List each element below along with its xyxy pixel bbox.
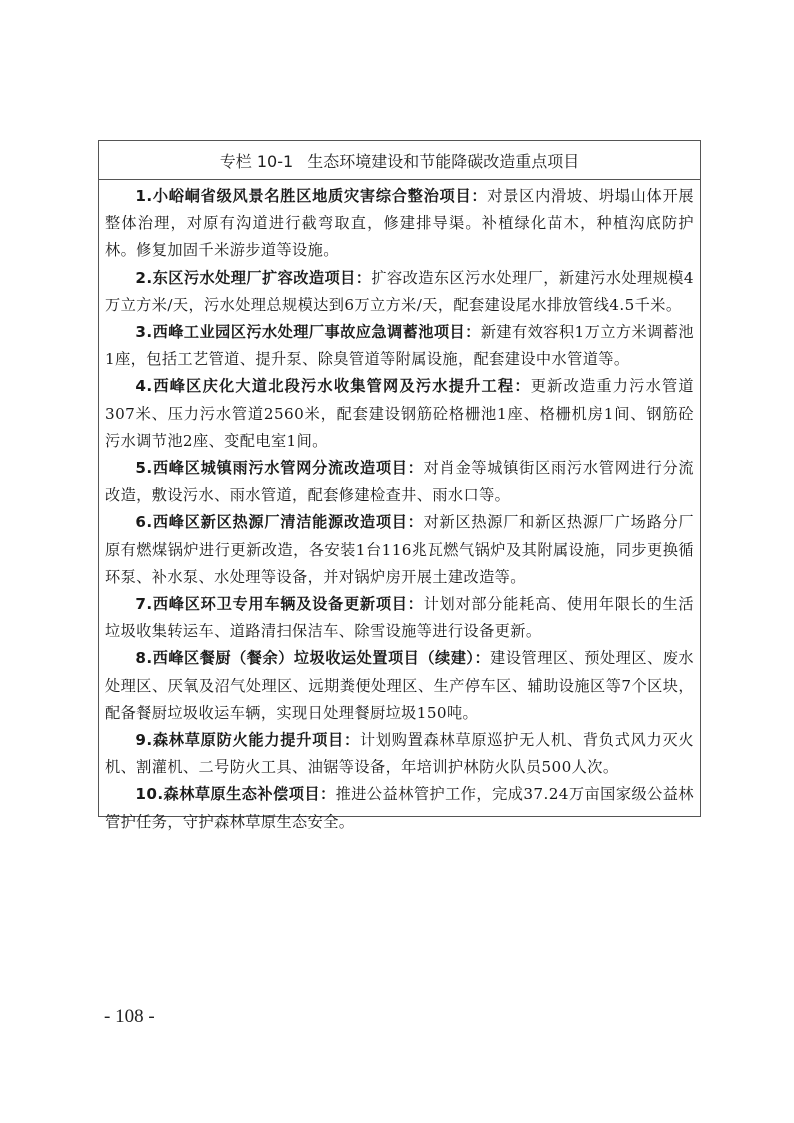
project-title: 5.西峰区城镇雨污水管网分流改造项目： — [135, 459, 423, 477]
project-item: 5.西峰区城镇雨污水管网分流改造项目：对肖金等城镇街区雨污水管网进行分流改造，敷… — [105, 455, 694, 509]
box-header: 专栏 10-1 生态环境建设和节能降碳改造重点项目 — [99, 141, 700, 180]
project-title: 2.东区污水处理厂扩容改造项目： — [135, 269, 371, 287]
project-item: 1.小峪峒省级风景名胜区地质灾害综合整治项目：对景区内滑坡、坍塌山体开展整体治理… — [105, 183, 694, 265]
project-item: 4.西峰区庆化大道北段污水收集管网及污水提升工程：更新改造重力污水管道307米、… — [105, 373, 694, 455]
project-title: 10.森林草原生态补偿项目： — [135, 785, 335, 803]
project-title: 6.西峰区新区热源厂清洁能源改造项目： — [135, 513, 423, 531]
project-item: 10.森林草原生态补偿项目：推进公益林管护工作，完成37.24万亩国家级公益林管… — [105, 781, 694, 835]
box-title: 生态环境建设和节能降碳改造重点项目 — [307, 149, 579, 172]
project-item: 6.西峰区新区热源厂清洁能源改造项目：对新区热源厂和新区热源厂广场路分厂原有燃煤… — [105, 509, 694, 591]
project-item: 2.东区污水处理厂扩容改造项目：扩容改造东区污水处理厂，新建污水处理规模4万立方… — [105, 265, 694, 319]
project-title: 7.西峰区环卫专用车辆及设备更新项目： — [135, 595, 423, 613]
project-title: 3.西峰工业园区污水处理厂事故应急调蓄池项目： — [135, 323, 480, 341]
box-code: 专栏 10-1 — [220, 149, 293, 172]
project-title: 8.西峰区餐厨（餐余）垃圾收运处置项目（续建）： — [135, 649, 490, 667]
project-box: 专栏 10-1 生态环境建设和节能降碳改造重点项目 1.小峪峒省级风景名胜区地质… — [98, 140, 701, 817]
project-item: 8.西峰区餐厨（餐余）垃圾收运处置项目（续建）：建设管理区、预处理区、废水处理区… — [105, 645, 694, 727]
box-body: 1.小峪峒省级风景名胜区地质灾害综合整治项目：对景区内滑坡、坍塌山体开展整体治理… — [99, 180, 700, 836]
page-number: - 108 - — [104, 1006, 155, 1028]
project-title: 9.森林草原防火能力提升项目： — [135, 731, 360, 749]
project-item: 9.森林草原防火能力提升项目：计划购置森林草原巡护无人机、背负式风力灭火机、割灌… — [105, 727, 694, 781]
project-item: 7.西峰区环卫专用车辆及设备更新项目：计划对部分能耗高、使用年限长的生活垃圾收集… — [105, 591, 694, 645]
project-item: 3.西峰工业园区污水处理厂事故应急调蓄池项目：新建有效容积1万立方米调蓄池1座，… — [105, 319, 694, 373]
project-title: 4.西峰区庆化大道北段污水收集管网及污水提升工程： — [135, 377, 530, 395]
project-title: 1.小峪峒省级风景名胜区地质灾害综合整治项目： — [135, 187, 487, 205]
